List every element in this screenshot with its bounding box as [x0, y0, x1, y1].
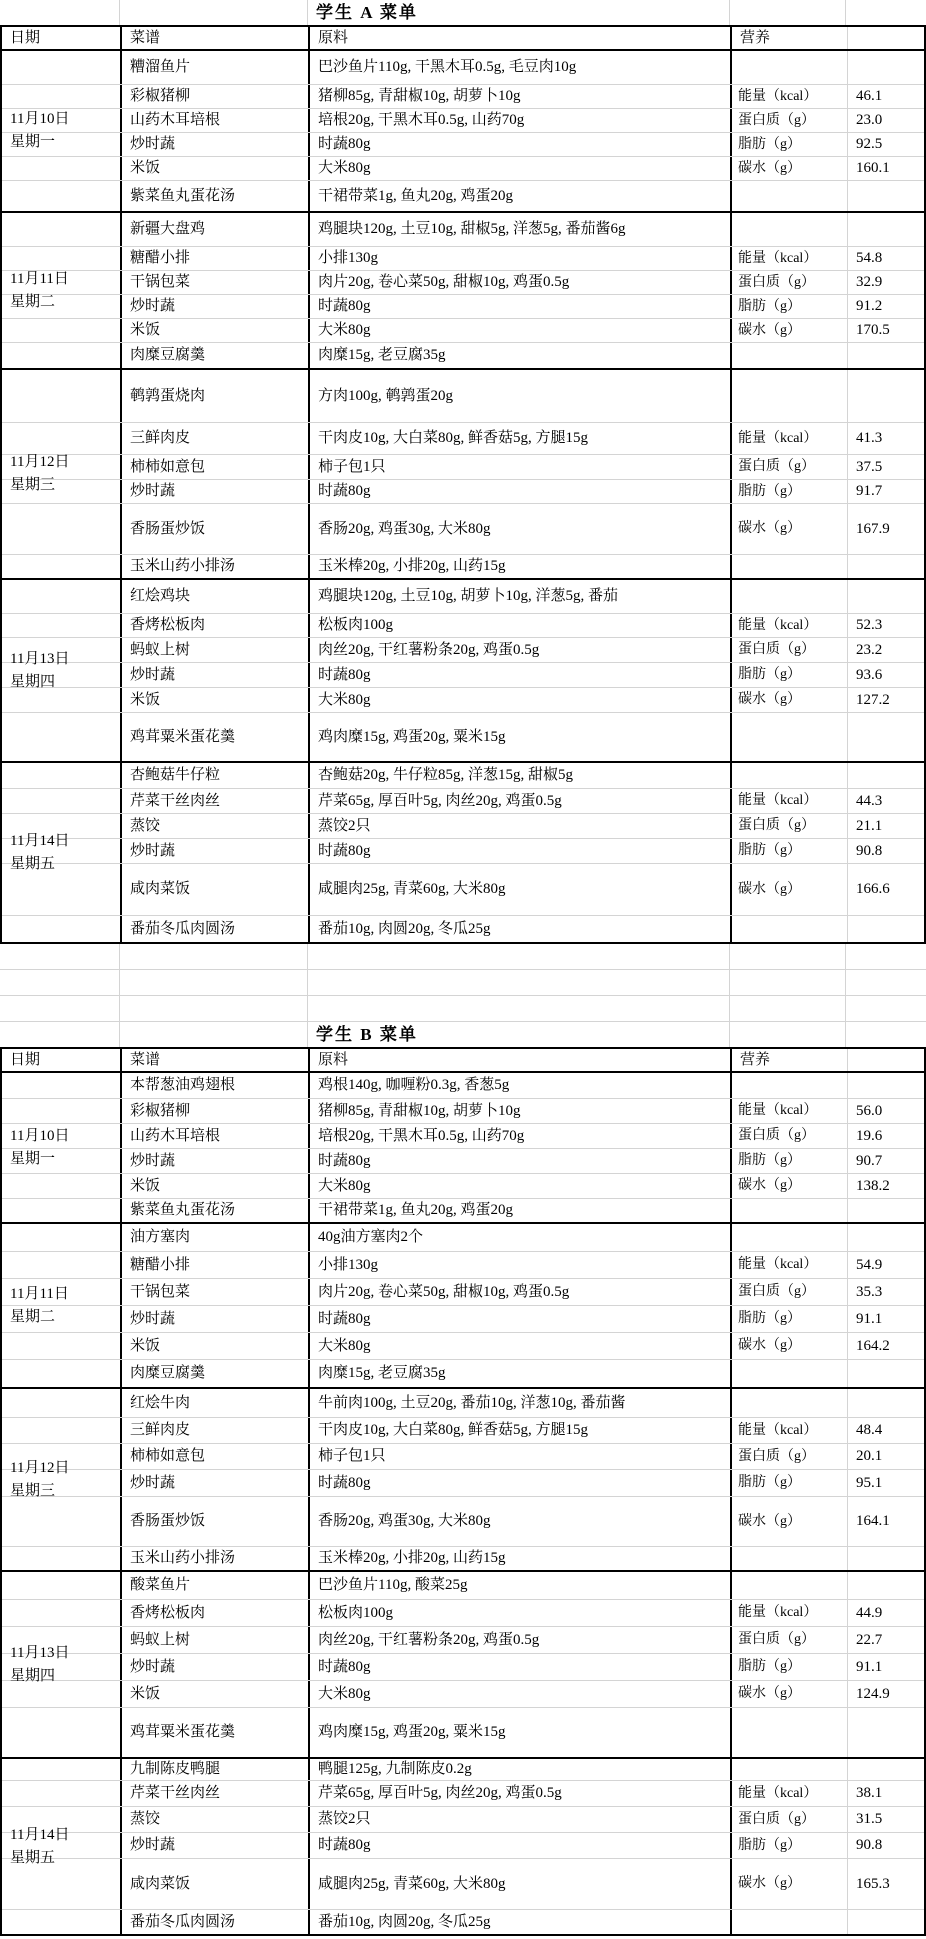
day-block: 糟溜鱼片巴沙鱼片110g, 干黑木耳0.5g, 毛豆肉10g彩椒猪柳猪柳85g,…: [0, 51, 926, 211]
dish-cell: 香烤松板肉: [122, 614, 310, 637]
nutrient-label-cell: [732, 1360, 848, 1387]
menu-row: 糟溜鱼片巴沙鱼片110g, 干黑木耳0.5g, 毛豆肉10g: [2, 51, 924, 84]
date-col-cell: [2, 1859, 122, 1909]
ingredients-cell: 番茄10g, 肉圆20g, 冬瓜25g: [310, 1910, 732, 1934]
ingredients-cell: 培根20g, 干黑木耳0.5g, 山药70g: [310, 1124, 732, 1148]
dish-cell: 鹌鹑蛋烧肉: [122, 370, 310, 422]
menu-header-row: 日期菜谱原料营养: [0, 25, 926, 51]
nutrient-value-cell: 91.2: [848, 295, 924, 318]
nutrient-value-cell: [848, 1910, 924, 1934]
date-col-cell: [2, 814, 122, 838]
ingredients-cell: 鸡腿块120g, 土豆10g, 胡萝卜10g, 洋葱5g, 番茄: [310, 580, 732, 613]
nutrient-value-cell: 52.3: [848, 614, 924, 637]
dish-cell: 炒时蔬: [122, 1149, 310, 1173]
nutrient-value-cell: [848, 213, 924, 246]
dish-cell: 彩椒猪柳: [122, 85, 310, 108]
nutrient-label-cell: 碳水（g）: [732, 1174, 848, 1198]
ingredients-cell: 时蔬80g: [310, 480, 732, 503]
grid-cell: [120, 1022, 308, 1047]
day-block: 本帮葱油鸡翅根鸡根140g, 咖喱粉0.3g, 香葱5g彩椒猪柳猪柳85g, 青…: [0, 1073, 926, 1222]
menu-row: 香肠蛋炒饭香肠20g, 鸡蛋30g, 大米80g碳水（g）164.1: [2, 1496, 924, 1546]
grid-cell: [0, 970, 120, 995]
ingredients-cell: 松板肉100g: [310, 1600, 732, 1626]
day-block: 酸菜鱼片巴沙鱼片110g, 酸菜25g香烤松板肉松板肉100g能量（kcal）4…: [0, 1570, 926, 1757]
ingredients-cell: 鸡腿块120g, 土豆10g, 甜椒5g, 洋葱5g, 番茄酱6g: [310, 213, 732, 246]
grid-cell: [308, 996, 730, 1021]
date-col-cell: [2, 688, 122, 712]
menu-row: 鸡茸粟米蛋花羹鸡肉糜15g, 鸡蛋20g, 粟米15g: [2, 712, 924, 761]
ingredients-cell: 玉米棒20g, 小排20g, 山药15g: [310, 555, 732, 578]
nutrient-label-cell: 碳水（g）: [732, 1333, 848, 1359]
nutrient-value-cell: [848, 1224, 924, 1251]
ingredients-cell: 干裙带菜1g, 鱼丸20g, 鸡蛋20g: [310, 181, 732, 211]
nutrient-label-cell: 脂肪（g）: [732, 1833, 848, 1858]
menu-row: 炒时蔬时蔬80g脂肪（g）92.5: [2, 132, 924, 156]
date-col-cell: [2, 1807, 122, 1832]
menu-row: 柿柿如意包柿子包1只蛋白质（g）37.5: [2, 454, 924, 479]
header-value: [848, 27, 924, 49]
nutrient-value-cell: 165.3: [848, 1859, 924, 1909]
dish-cell: 炒时蔬: [122, 839, 310, 863]
dish-cell: 炒时蔬: [122, 295, 310, 318]
grid-cell: [120, 970, 308, 995]
date-col-cell: [2, 1252, 122, 1278]
menu-row: 蒸饺蒸饺2只蛋白质（g）31.5: [2, 1806, 924, 1832]
nutrient-value-cell: 91.1: [848, 1654, 924, 1680]
nutrient-value-cell: 166.6: [848, 864, 924, 915]
nutrient-value-cell: 48.4: [848, 1418, 924, 1443]
nutrient-value-cell: [848, 763, 924, 788]
nutrient-value-cell: 19.6: [848, 1124, 924, 1148]
menu-row: 酸菜鱼片巴沙鱼片110g, 酸菜25g: [2, 1572, 924, 1599]
dish-cell: 炒时蔬: [122, 1654, 310, 1680]
ingredients-cell: 肉丝20g, 干红薯粉条20g, 鸡蛋0.5g: [310, 1627, 732, 1653]
header-ingredients: 原料: [310, 1049, 732, 1071]
menu-title: 学生 B 菜单: [308, 1022, 730, 1047]
nutrient-value-cell: 44.3: [848, 789, 924, 813]
ingredients-cell: 肉糜15g, 老豆腐35g: [310, 1360, 732, 1387]
menu-row: 紫菜鱼丸蛋花汤干裙带菜1g, 鱼丸20g, 鸡蛋20g: [2, 180, 924, 211]
date-col-cell: [2, 1389, 122, 1417]
date-col-cell: [2, 247, 122, 270]
dish-cell: 香肠蛋炒饭: [122, 504, 310, 554]
nutrient-label-cell: 脂肪（g）: [732, 1654, 848, 1680]
menu-row: 油方塞肉40g油方塞肉2个: [2, 1224, 924, 1251]
dish-cell: 柿柿如意包: [122, 455, 310, 479]
ingredients-cell: 芹菜65g, 厚百叶5g, 肉丝20g, 鸡蛋0.5g: [310, 789, 732, 813]
day-block: 红烩鸡块鸡腿块120g, 土豆10g, 胡萝卜10g, 洋葱5g, 番茄香烤松板…: [0, 578, 926, 761]
grid-cell: [730, 996, 846, 1021]
nutrient-label-cell: 脂肪（g）: [732, 1470, 848, 1496]
nutrient-label-cell: [732, 213, 848, 246]
nutrient-value-cell: 35.3: [848, 1279, 924, 1305]
dish-cell: 三鲜肉皮: [122, 1418, 310, 1443]
date-col-cell: [2, 370, 122, 422]
nutrient-label-cell: 碳水（g）: [732, 157, 848, 180]
header-nutrition: 营养: [732, 1049, 848, 1071]
date-col-cell: [2, 663, 122, 687]
nutrient-value-cell: [848, 343, 924, 368]
nutrient-label-cell: 脂肪（g）: [732, 1149, 848, 1173]
date-col-cell: [2, 343, 122, 368]
ingredients-cell: 时蔬80g: [310, 133, 732, 156]
date-col-cell: [2, 1759, 122, 1780]
dish-cell: 山药木耳培根: [122, 109, 310, 132]
nutrient-label-cell: 脂肪（g）: [732, 1306, 848, 1332]
ingredients-cell: 玉米棒20g, 小排20g, 山药15g: [310, 1547, 732, 1570]
nutrient-value-cell: 54.8: [848, 247, 924, 270]
nutrient-label-cell: [732, 1389, 848, 1417]
ingredients-cell: 时蔬80g: [310, 663, 732, 687]
nutrient-value-cell: 37.5: [848, 455, 924, 479]
ingredients-cell: 猪柳85g, 青甜椒10g, 胡萝卜10g: [310, 85, 732, 108]
nutrient-value-cell: 46.1: [848, 85, 924, 108]
ingredients-cell: 松板肉100g: [310, 614, 732, 637]
date-col-cell: [2, 181, 122, 211]
date-col-cell: [2, 423, 122, 454]
nutrient-label-cell: 蛋白质（g）: [732, 1124, 848, 1148]
dish-cell: 蚂蚁上树: [122, 638, 310, 662]
dish-cell: 柿柿如意包: [122, 1444, 310, 1469]
ingredients-cell: 时蔬80g: [310, 1470, 732, 1496]
nutrient-label-cell: 能量（kcal）: [732, 789, 848, 813]
menu-row: 山药木耳培根培根20g, 干黑木耳0.5g, 山药70g蛋白质（g）19.6: [2, 1123, 924, 1148]
nutrient-label-cell: [732, 1910, 848, 1934]
header-dish: 菜谱: [122, 27, 310, 49]
empty-row: [0, 944, 926, 970]
date-col-cell: [2, 1708, 122, 1757]
nutrient-value-cell: 54.9: [848, 1252, 924, 1278]
date-col-cell: [2, 504, 122, 554]
nutrient-value-cell: 90.8: [848, 839, 924, 863]
date-col-cell: [2, 455, 122, 479]
menu-table-b: 学生 B 菜单日期菜谱原料营养本帮葱油鸡翅根鸡根140g, 咖喱粉0.3g, 香…: [0, 1022, 926, 1936]
dish-cell: 红烩牛肉: [122, 1389, 310, 1417]
date-col-cell: [2, 1306, 122, 1332]
menu-row: 蒸饺蒸饺2只蛋白质（g）21.1: [2, 813, 924, 838]
nutrient-value-cell: [848, 51, 924, 84]
nutrient-label-cell: 蛋白质（g）: [732, 1627, 848, 1653]
nutrient-label-cell: 蛋白质（g）: [732, 1279, 848, 1305]
menu-row: 米饭大米80g碳水（g）127.2: [2, 687, 924, 712]
menu-title-row: 学生 B 菜单: [0, 1022, 926, 1047]
dish-cell: 米饭: [122, 157, 310, 180]
nutrient-value-cell: [848, 1073, 924, 1098]
menu-row: 炒时蔬时蔬80g脂肪（g）90.7: [2, 1148, 924, 1173]
dish-cell: 干锅包菜: [122, 1279, 310, 1305]
nutrient-label-cell: 蛋白质（g）: [732, 109, 848, 132]
date-col-cell: [2, 864, 122, 915]
nutrient-label-cell: [732, 916, 848, 942]
nutrient-value-cell: 164.2: [848, 1333, 924, 1359]
nutrient-label-cell: [732, 1572, 848, 1599]
dish-cell: 杏鲍菇牛仔粒: [122, 763, 310, 788]
header-nutrition: 营养: [732, 27, 848, 49]
menu-row: 红烩鸡块鸡腿块120g, 土豆10g, 胡萝卜10g, 洋葱5g, 番茄: [2, 580, 924, 613]
nutrient-value-cell: 93.6: [848, 663, 924, 687]
date-col-cell: [2, 1470, 122, 1496]
menu-row: 肉糜豆腐羹肉糜15g, 老豆腐35g: [2, 1359, 924, 1387]
date-col-cell: [2, 1654, 122, 1680]
dish-cell: 炒时蔬: [122, 1833, 310, 1858]
nutrient-value-cell: 41.3: [848, 423, 924, 454]
nutrient-value-cell: [848, 1759, 924, 1780]
menu-row: 新疆大盘鸡鸡腿块120g, 土豆10g, 甜椒5g, 洋葱5g, 番茄酱6g: [2, 213, 924, 246]
dish-cell: 彩椒猪柳: [122, 1099, 310, 1123]
day-block: 杏鲍菇牛仔粒杏鲍菇20g, 牛仔粒85g, 洋葱15g, 甜椒5g芹菜干丝肉丝芹…: [0, 761, 926, 942]
nutrient-label-cell: 能量（kcal）: [732, 85, 848, 108]
date-col-cell: [2, 713, 122, 761]
dish-cell: 玉米山药小排汤: [122, 555, 310, 578]
dish-cell: 鸡茸粟米蛋花羹: [122, 1708, 310, 1757]
dish-cell: 米饭: [122, 319, 310, 342]
ingredients-cell: 方肉100g, 鹌鹑蛋20g: [310, 370, 732, 422]
dish-cell: 芹菜干丝肉丝: [122, 1781, 310, 1806]
ingredients-cell: 芹菜65g, 厚百叶5g, 肉丝20g, 鸡蛋0.5g: [310, 1781, 732, 1806]
date-col-cell: [2, 1333, 122, 1359]
dish-cell: 酸菜鱼片: [122, 1572, 310, 1599]
grid-cell: [846, 970, 926, 995]
grid-cell: [846, 996, 926, 1021]
ingredients-cell: 肉丝20g, 干红薯粉条20g, 鸡蛋0.5g: [310, 638, 732, 662]
nutrient-label-cell: 碳水（g）: [732, 504, 848, 554]
date-col-cell: [2, 763, 122, 788]
nutrient-label-cell: 能量（kcal）: [732, 1600, 848, 1626]
nutrient-label-cell: [732, 1224, 848, 1251]
dish-cell: 三鲜肉皮: [122, 423, 310, 454]
nutrient-label-cell: 能量（kcal）: [732, 1781, 848, 1806]
menu-row: 芹菜干丝肉丝芹菜65g, 厚百叶5g, 肉丝20g, 鸡蛋0.5g能量（kcal…: [2, 788, 924, 813]
ingredients-cell: 干肉皮10g, 大白菜80g, 鲜香菇5g, 方腿15g: [310, 423, 732, 454]
nutrient-value-cell: [848, 713, 924, 761]
dish-cell: 咸肉菜饭: [122, 864, 310, 915]
day-block: 九制陈皮鸭腿鸭腿125g, 九制陈皮0.2g芹菜干丝肉丝芹菜65g, 厚百叶5g…: [0, 1757, 926, 1934]
menu-row: 炒时蔬时蔬80g脂肪（g）93.6: [2, 662, 924, 687]
grid-cell: [0, 1022, 120, 1047]
nutrient-label-cell: 碳水（g）: [732, 688, 848, 712]
date-col-cell: [2, 1910, 122, 1934]
date-col-cell: [2, 1781, 122, 1806]
date-col-cell: [2, 638, 122, 662]
dish-cell: 糖醋小排: [122, 1252, 310, 1278]
nutrient-label-cell: 脂肪（g）: [732, 133, 848, 156]
menu-row: 杏鲍菇牛仔粒杏鲍菇20g, 牛仔粒85g, 洋葱15g, 甜椒5g: [2, 763, 924, 788]
nutrient-value-cell: 31.5: [848, 1807, 924, 1832]
ingredients-cell: 大米80g: [310, 157, 732, 180]
menu-row: 香烤松板肉松板肉100g能量（kcal）52.3: [2, 613, 924, 637]
menu-row: 鸡茸粟米蛋花羹鸡肉糜15g, 鸡蛋20g, 粟米15g: [2, 1707, 924, 1757]
ingredients-cell: 肉糜15g, 老豆腐35g: [310, 343, 732, 368]
date-col-cell: [2, 614, 122, 637]
menu-row: 干锅包菜肉片20g, 卷心菜50g, 甜椒10g, 鸡蛋0.5g蛋白质（g）35…: [2, 1278, 924, 1305]
date-col-cell: [2, 555, 122, 578]
menu-row: 三鲜肉皮干肉皮10g, 大白菜80g, 鲜香菇5g, 方腿15g能量（kcal）…: [2, 1417, 924, 1443]
grid-cell: [120, 944, 308, 969]
menu-row: 红烩牛肉牛前肉100g, 土豆20g, 番茄10g, 洋葱10g, 番茄酱: [2, 1389, 924, 1417]
ingredients-cell: 鸡肉糜15g, 鸡蛋20g, 粟米15g: [310, 1708, 732, 1757]
header-date: 日期: [2, 1049, 122, 1071]
date-col-cell: [2, 51, 122, 84]
dish-cell: 香肠蛋炒饭: [122, 1497, 310, 1546]
date-col-cell: [2, 1497, 122, 1546]
nutrient-label-cell: 脂肪（g）: [732, 480, 848, 503]
date-col-cell: [2, 1124, 122, 1148]
dish-cell: 米饭: [122, 688, 310, 712]
dish-cell: 肉糜豆腐羹: [122, 343, 310, 368]
grid-cell: [846, 944, 926, 969]
ingredients-cell: 干裙带菜1g, 鱼丸20g, 鸡蛋20g: [310, 1199, 732, 1222]
date-col-cell: [2, 1224, 122, 1251]
date-col-cell: [2, 1279, 122, 1305]
ingredients-cell: 时蔬80g: [310, 1654, 732, 1680]
nutrient-label-cell: [732, 343, 848, 368]
ingredients-cell: 鸡根140g, 咖喱粉0.3g, 香葱5g: [310, 1073, 732, 1098]
dish-cell: 干锅包菜: [122, 271, 310, 294]
nutrient-value-cell: 92.5: [848, 133, 924, 156]
menu-row: 糖醋小排小排130g能量（kcal）54.9: [2, 1251, 924, 1278]
nutrient-value-cell: 91.7: [848, 480, 924, 503]
menu-row: 炒时蔬时蔬80g脂肪（g）90.8: [2, 838, 924, 863]
grid-cell: [846, 1022, 926, 1047]
dish-cell: 本帮葱油鸡翅根: [122, 1073, 310, 1098]
ingredients-cell: 时蔬80g: [310, 1306, 732, 1332]
date-col-cell: [2, 839, 122, 863]
grid-cell: [730, 1022, 846, 1047]
nutrient-label-cell: 脂肪（g）: [732, 839, 848, 863]
nutrient-label-cell: [732, 1199, 848, 1222]
nutrient-label-cell: 蛋白质（g）: [732, 1807, 848, 1832]
menu-row: 炒时蔬时蔬80g脂肪（g）95.1: [2, 1469, 924, 1496]
nutrient-value-cell: 23.0: [848, 109, 924, 132]
ingredients-cell: 时蔬80g: [310, 1833, 732, 1858]
ingredients-cell: 时蔬80g: [310, 839, 732, 863]
day-block: 红烩牛肉牛前肉100g, 土豆20g, 番茄10g, 洋葱10g, 番茄酱三鲜肉…: [0, 1387, 926, 1570]
date-col-cell: [2, 1444, 122, 1469]
ingredients-cell: 巴沙鱼片110g, 干黑木耳0.5g, 毛豆肉10g: [310, 51, 732, 84]
nutrient-value-cell: [848, 555, 924, 578]
dish-cell: 紫菜鱼丸蛋花汤: [122, 181, 310, 211]
menu-row: 鹌鹑蛋烧肉方肉100g, 鹌鹑蛋20g: [2, 370, 924, 422]
dish-cell: 肉糜豆腐羹: [122, 1360, 310, 1387]
menu-title-text: 学生 A 菜单: [316, 4, 418, 21]
nutrient-value-cell: [848, 916, 924, 942]
nutrient-value-cell: 23.2: [848, 638, 924, 662]
nutrient-label-cell: 能量（kcal）: [732, 1099, 848, 1123]
nutrient-value-cell: 56.0: [848, 1099, 924, 1123]
date-col-cell: [2, 1073, 122, 1098]
nutrient-label-cell: 蛋白质（g）: [732, 1444, 848, 1469]
menu-row: 咸肉菜饭咸腿肉25g, 青菜60g, 大米80g碳水（g）166.6: [2, 863, 924, 915]
nutrient-label-cell: [732, 580, 848, 613]
nutrient-value-cell: [848, 181, 924, 211]
menu-row: 米饭大米80g碳水（g）164.2: [2, 1332, 924, 1359]
nutrient-label-cell: 能量（kcal）: [732, 247, 848, 270]
dish-cell: 鸡茸粟米蛋花羹: [122, 713, 310, 761]
ingredients-cell: 大米80g: [310, 1174, 732, 1198]
date-col-cell: [2, 1600, 122, 1626]
menu-row: 米饭大米80g碳水（g）124.9: [2, 1680, 924, 1707]
ingredients-cell: 干肉皮10g, 大白菜80g, 鲜香菇5g, 方腿15g: [310, 1418, 732, 1443]
grid-cell: [308, 944, 730, 969]
menu-row: 米饭大米80g碳水（g）138.2: [2, 1173, 924, 1198]
menu-row: 蚂蚁上树肉丝20g, 干红薯粉条20g, 鸡蛋0.5g蛋白质（g）23.2: [2, 637, 924, 662]
dish-cell: 蒸饺: [122, 1807, 310, 1832]
nutrient-label-cell: [732, 181, 848, 211]
dish-cell: 蚂蚁上树: [122, 1627, 310, 1653]
menu-row: 番茄冬瓜肉圆汤番茄10g, 肉圆20g, 冬瓜25g: [2, 1909, 924, 1934]
date-col-cell: [2, 1199, 122, 1222]
dish-cell: 番茄冬瓜肉圆汤: [122, 1910, 310, 1934]
ingredients-cell: 大米80g: [310, 1333, 732, 1359]
nutrient-label-cell: 蛋白质（g）: [732, 455, 848, 479]
nutrient-label-cell: 能量（kcal）: [732, 1252, 848, 1278]
menu-row: 糖醋小排小排130g能量（kcal）54.8: [2, 246, 924, 270]
dish-cell: 米饭: [122, 1681, 310, 1707]
grid-cell: [120, 0, 308, 25]
date-col-cell: [2, 916, 122, 942]
nutrient-label-cell: 碳水（g）: [732, 319, 848, 342]
ingredients-cell: 大米80g: [310, 319, 732, 342]
header-dish: 菜谱: [122, 1049, 310, 1071]
nutrient-value-cell: 44.9: [848, 1600, 924, 1626]
dish-cell: 玉米山药小排汤: [122, 1547, 310, 1570]
ingredients-cell: 40g油方塞肉2个: [310, 1224, 732, 1251]
nutrient-label-cell: 碳水（g）: [732, 1497, 848, 1546]
ingredients-cell: 培根20g, 干黑木耳0.5g, 山药70g: [310, 109, 732, 132]
dish-cell: 油方塞肉: [122, 1224, 310, 1251]
nutrient-value-cell: 138.2: [848, 1174, 924, 1198]
nutrient-value-cell: 170.5: [848, 319, 924, 342]
ingredients-cell: 蒸饺2只: [310, 1807, 732, 1832]
date-col-cell: [2, 295, 122, 318]
menu-row: 炒时蔬时蔬80g脂肪（g）91.1: [2, 1653, 924, 1680]
ingredients-cell: 牛前肉100g, 土豆20g, 番茄10g, 洋葱10g, 番茄酱: [310, 1389, 732, 1417]
ingredients-cell: 小排130g: [310, 1252, 732, 1278]
menu-row: 九制陈皮鸭腿鸭腿125g, 九制陈皮0.2g: [2, 1759, 924, 1780]
date-col-cell: [2, 1681, 122, 1707]
nutrient-label-cell: [732, 1708, 848, 1757]
empty-rows: [0, 944, 926, 1022]
nutrient-value-cell: 124.9: [848, 1681, 924, 1707]
menu-table-a: 学生 A 菜单日期菜谱原料营养糟溜鱼片巴沙鱼片110g, 干黑木耳0.5g, 毛…: [0, 0, 926, 944]
ingredients-cell: 时蔬80g: [310, 295, 732, 318]
ingredients-cell: 大米80g: [310, 1681, 732, 1707]
date-col-cell: [2, 157, 122, 180]
dish-cell: 番茄冬瓜肉圆汤: [122, 916, 310, 942]
menu-row: 咸肉菜饭咸腿肉25g, 青菜60g, 大米80g碳水（g）165.3: [2, 1858, 924, 1909]
date-col-cell: [2, 480, 122, 503]
menu-row: 玉米山药小排汤玉米棒20g, 小排20g, 山药15g: [2, 554, 924, 578]
date-col-cell: [2, 319, 122, 342]
menu-sheet: 学生 A 菜单日期菜谱原料营养糟溜鱼片巴沙鱼片110g, 干黑木耳0.5g, 毛…: [0, 0, 926, 1939]
ingredients-cell: 咸腿肉25g, 青菜60g, 大米80g: [310, 1859, 732, 1909]
empty-row: [0, 970, 926, 996]
dish-cell: 炒时蔬: [122, 1306, 310, 1332]
menu-row: 紫菜鱼丸蛋花汤干裙带菜1g, 鱼丸20g, 鸡蛋20g: [2, 1198, 924, 1222]
nutrient-value-cell: 90.8: [848, 1833, 924, 1858]
empty-row: [0, 996, 926, 1022]
nutrient-value-cell: [848, 580, 924, 613]
nutrient-value-cell: 22.7: [848, 1627, 924, 1653]
nutrient-label-cell: [732, 370, 848, 422]
menu-row: 玉米山药小排汤玉米棒20g, 小排20g, 山药15g: [2, 1546, 924, 1570]
menu-row: 番茄冬瓜肉圆汤番茄10g, 肉圆20g, 冬瓜25g: [2, 915, 924, 942]
grid-cell: [0, 944, 120, 969]
menu-row: 彩椒猪柳猪柳85g, 青甜椒10g, 胡萝卜10g能量（kcal）46.1: [2, 84, 924, 108]
menu-row: 米饭大米80g碳水（g）170.5: [2, 318, 924, 342]
grid-cell: [308, 970, 730, 995]
dish-cell: 糖醋小排: [122, 247, 310, 270]
